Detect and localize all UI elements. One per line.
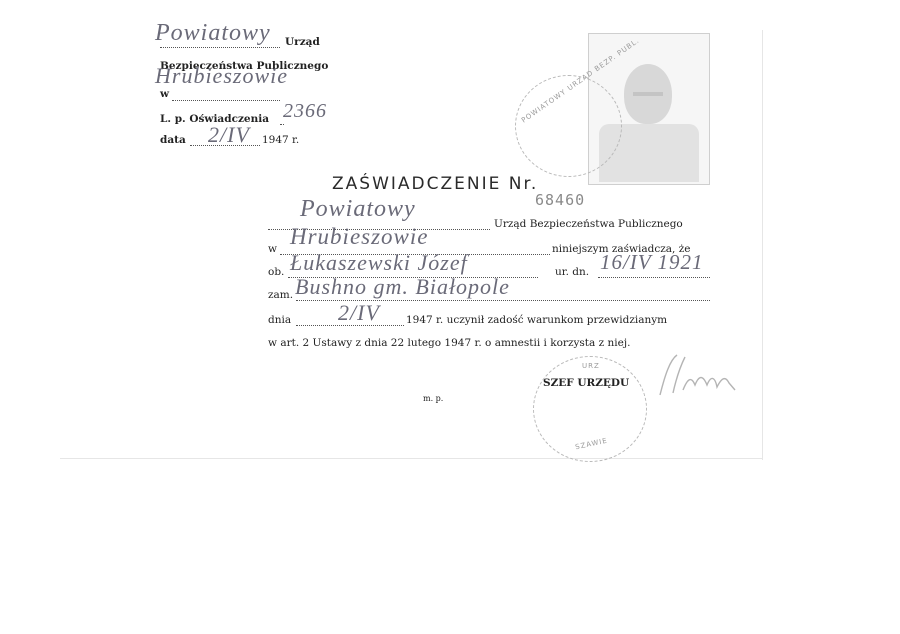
- line4-prefix: zam.: [268, 289, 293, 301]
- certificate-title: ZAŚWIADCZENIE Nr.: [332, 174, 538, 194]
- date-year: 1947 r.: [262, 134, 299, 146]
- document-edge-bottom: [60, 458, 762, 459]
- signature-icon: [655, 345, 745, 405]
- office-label: Urząd: [285, 36, 320, 48]
- mp-label: m. p.: [423, 394, 443, 403]
- signatory-label: SZEF URZĘDU: [543, 377, 629, 389]
- line5-prefix: dnia: [268, 314, 291, 326]
- handwritten-person-name: Łukaszewski Józef: [290, 250, 468, 276]
- dotted-line: [598, 277, 710, 278]
- handwritten-town: Hrubieszowie: [290, 224, 429, 250]
- handwritten-compliance-date: 2/IV: [338, 300, 380, 326]
- dotted-line: [280, 124, 284, 125]
- location-prefix: w: [160, 88, 169, 100]
- handwritten-office: Powiatowy: [155, 20, 271, 47]
- handwritten-address: Bushno gm. Białopole: [295, 274, 510, 300]
- handwritten-date: 2/IV: [208, 122, 250, 148]
- handwritten-office-name: Powiatowy: [300, 196, 416, 223]
- dotted-line: [160, 47, 280, 48]
- handwritten-lp-number: 2366: [283, 100, 327, 123]
- photo-face-shade: [633, 92, 663, 96]
- line1-text: Urząd Bezpieczeństwa Publicznego: [494, 218, 683, 230]
- line6-text: w art. 2 Ustawy z dnia 22 lutego 1947 r.…: [268, 337, 630, 349]
- line5-text: 1947 r. uczynił zadość warunkom przewidz…: [406, 314, 667, 326]
- handwritten-location: Hrubieszowie: [155, 63, 288, 89]
- certificate-number: 68460: [535, 191, 585, 209]
- line2-prefix: w: [268, 243, 277, 255]
- seal-text-top: URZ: [582, 362, 600, 370]
- document-edge-right: [762, 30, 763, 460]
- dotted-line: [172, 100, 280, 101]
- date-label: data: [160, 134, 186, 146]
- handwritten-birth-date: 16/IV 1921: [600, 250, 704, 275]
- line3-prefix: ob.: [268, 266, 284, 278]
- line3-mid: ur. dn.: [555, 266, 589, 278]
